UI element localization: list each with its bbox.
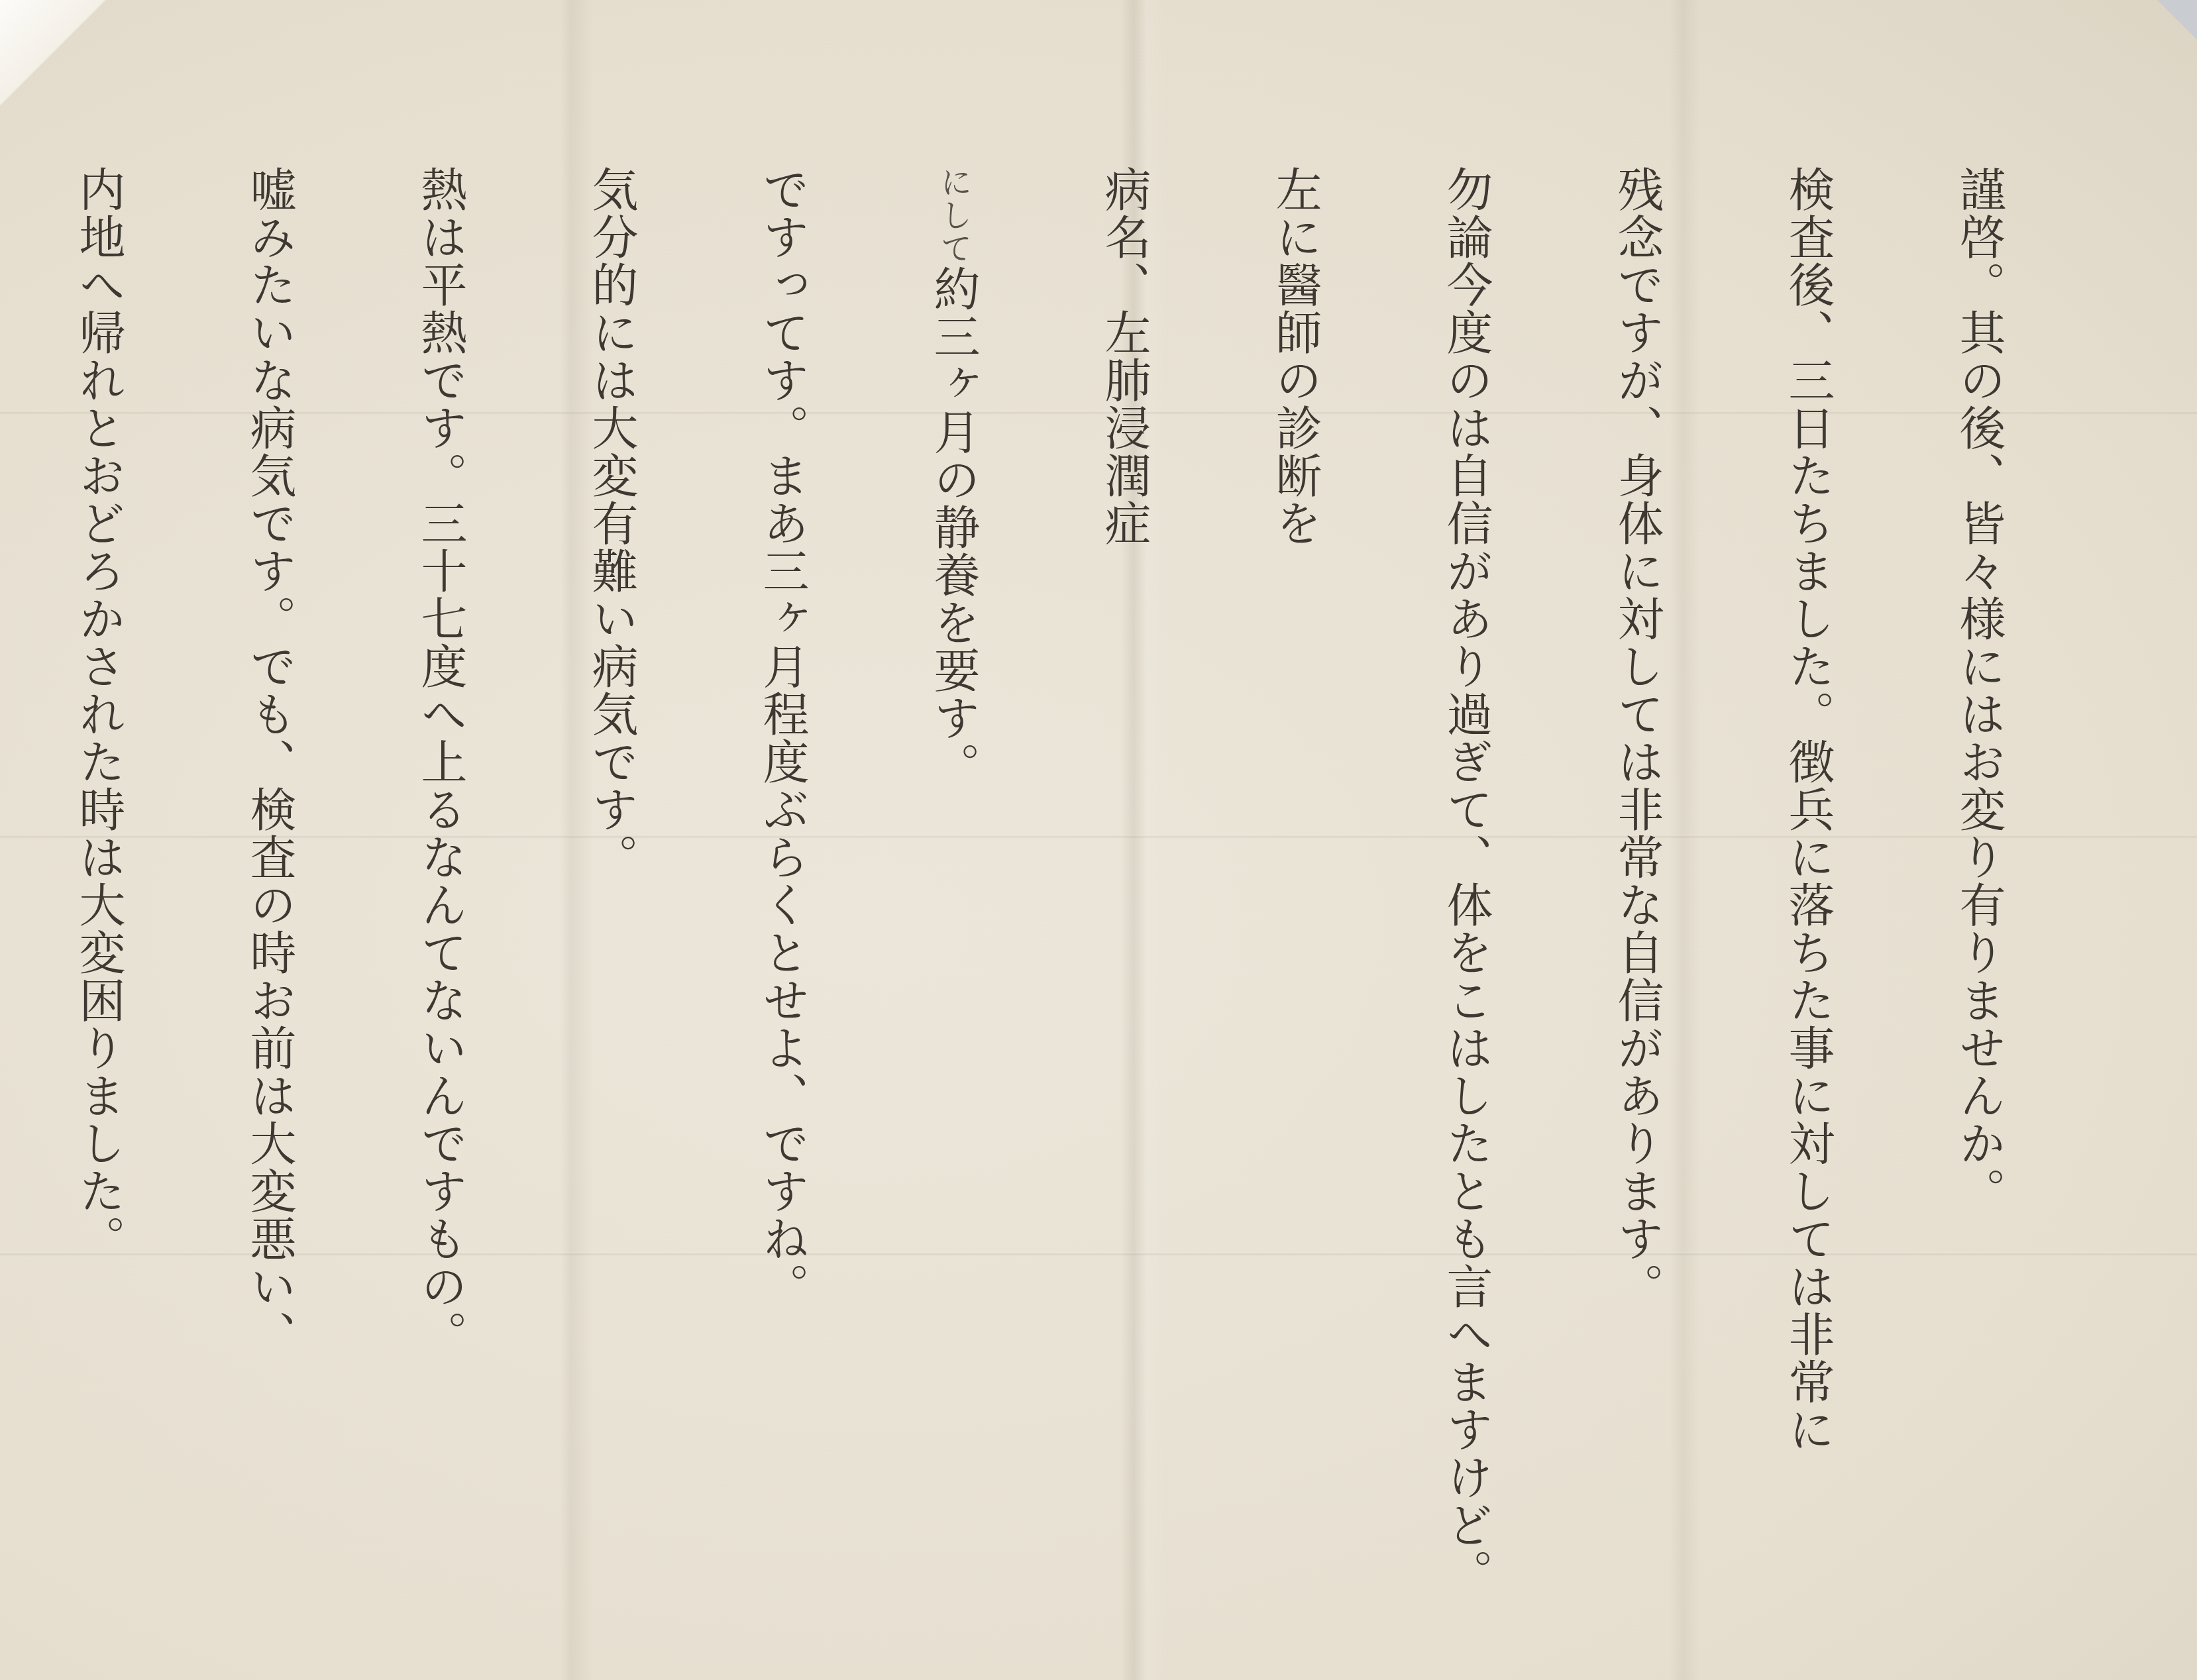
line-prefix: にして [935, 166, 972, 265]
letter-line-10: 熱は平熱です。三十七度へ上るなんてないんですもの。 [355, 166, 526, 1557]
letter-line-2: 検査後、三日たちました。徴兵に落ちた事に対しては非常に [1723, 166, 1894, 1557]
letter-line-3: 残念ですが、身体に対しては非常な自信があります。 [1552, 166, 1723, 1557]
letter-line-1: 謹啓。其の後、皆々様にはお変り有りませんか。 [1894, 166, 2064, 1557]
letter-line-7: にして約三ヶ月の静養を要す。 [868, 166, 1039, 1557]
handwritten-letter-body: 謹啓。其の後、皆々様にはお変り有りませんか。 検査後、三日たちました。徴兵に落ち… [0, 166, 2064, 1557]
letter-line-8: ですってす。まあ三ヶ月程度ぶらくとせよ、ですね。 [697, 166, 868, 1557]
letter-line-4: 勿論今度のは自信があり過ぎて、体をこはしたとも言へますけど。 [1381, 166, 1552, 1557]
letter-line-11: 嘘みたいな病気です。でも、検査の時お前は大変悪い、 [184, 166, 355, 1557]
letter-line-12: 内地へ帰れとおどろかされた時は大変困りました。 [13, 166, 184, 1557]
letter-line-13: 会社も、もう、夜業は止めました。そして人間らしい生活をやって [0, 166, 13, 1557]
letter-line-9: 気分的には大変有難い病気です。 [526, 166, 697, 1557]
torn-corner [2157, 0, 2197, 40]
letter-line-5: 左に醫師の診断を [1210, 166, 1381, 1557]
letter-paper: 謹啓。其の後、皆々様にはお変り有りませんか。 検査後、三日たちました。徴兵に落ち… [0, 0, 2197, 1680]
line-text: 約三ヶ月の静養を要す。 [926, 265, 981, 790]
letter-line-6: 病名、左肺浸潤症 [1039, 166, 1210, 1557]
folded-corner [0, 0, 126, 106]
